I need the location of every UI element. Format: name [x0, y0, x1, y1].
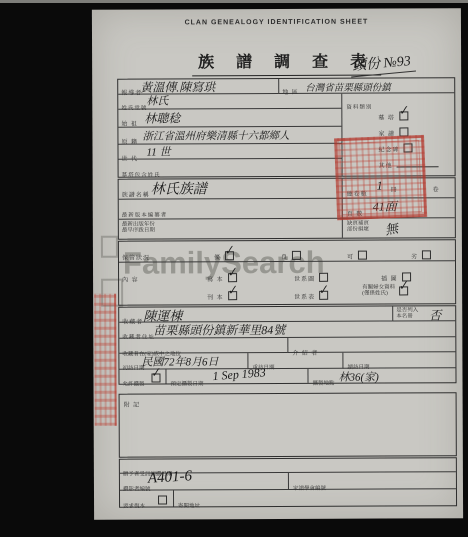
check-mark-icon: ✓: [222, 242, 235, 259]
preface-date-label: 最早序跋日期: [122, 227, 342, 234]
condition-row: 保管狀況 優 ✓ 良 ✓ 可 ✓ 劣 ✓: [119, 240, 455, 262]
film-place-cell: 攝製地點 林36(家): [307, 368, 455, 383]
good-checkbox: ✓: [292, 251, 301, 260]
content-pedigree-table: 世系表 ✓: [294, 286, 328, 304]
check-mark-icon: ✓: [225, 264, 238, 281]
women-data-checkbox: ✓: [399, 286, 408, 295]
scan-edge-artifact: [0, 0, 468, 3]
excellent-checkbox: ✓: [225, 251, 234, 260]
genealogy-title-value: 林氏族譜: [151, 178, 207, 198]
scanned-microfilm-frame: { "header": { "english_title": "CLAN GEN…: [0, 0, 468, 537]
category-label: 資料類別: [346, 105, 372, 111]
introducer-cell: 介 紹 者: [287, 337, 455, 353]
watermark-logo-fragment: [101, 236, 118, 258]
remarks-box: 附 記: [119, 392, 457, 457]
address-cell: 收藏者住址 苗栗縣頭份鎮新華里84號: [119, 321, 455, 338]
permission-cell: 允許攝製 ✓: [119, 369, 165, 383]
surname-cell: 姓氏堂號 林氏: [118, 94, 341, 110]
title-cell: 族譜名稱 林氏族譜: [119, 179, 342, 200]
red-seal-stamp-right: [334, 135, 427, 220]
photographer-value: A401-6: [147, 468, 192, 487]
printed-checkbox: ✓: [228, 291, 237, 300]
serial-number: 頭份 №93: [349, 50, 415, 78]
copy-request-cell: 要求復本 ✓: [120, 490, 173, 506]
pedigree-chart-checkbox: ✓: [319, 273, 328, 282]
condition-content-table: 保管狀況 優 ✓ 良 ✓ 可 ✓ 劣 ✓ 內 容 寫 本 ✓: [118, 239, 456, 305]
generation-value: 11 世: [146, 143, 170, 159]
film-date-cell: 預定攝製日期 1 Sep 1983: [165, 369, 307, 384]
damage-label: 部份損壞: [347, 226, 455, 232]
compiler-label: 最新版本編纂者: [122, 212, 168, 218]
genealogy-title-label: 族譜名稱: [122, 193, 150, 199]
compiler-cell: 最新版本編纂者: [119, 199, 342, 220]
society-number-cell: 家譜學會編號: [288, 472, 456, 490]
publication-cell: 最新出版年份 最早序跋日期: [119, 219, 342, 239]
tomb-surnames-cell: 墓塔包含姓氏: [119, 159, 342, 177]
film-place-label: 攝製地點: [313, 381, 335, 387]
manuscript-checkbox: ✓: [228, 273, 237, 282]
copy-request-checkbox: ✓: [158, 495, 167, 504]
photographer-cell: 攝影者編號 A401-6: [120, 473, 288, 491]
film-date-value: 1 Sep 1983: [212, 365, 266, 384]
area-value: 台灣省苗栗縣頭份鎮: [305, 80, 391, 94]
content-women-data: 有關婦女資料 (僅係姓氏) ✓: [362, 281, 408, 299]
origin-cell: 原 籍 浙江省溫州府樂清縣十六都鄉人: [118, 127, 341, 145]
ancestor-value: 林聰稔: [144, 109, 180, 126]
check-mark-icon: ✓: [396, 102, 409, 119]
listed-label-2: 本名冊: [396, 313, 418, 319]
tomb-checkbox: ✓: [399, 111, 408, 120]
position-cell: 收藏者在(家)族中之地位: [119, 338, 287, 354]
form-paper: CLAN GENEALOGY IDENTIFICATION SHEET 族 譜 …: [92, 8, 463, 520]
film-place-value: 林36(家): [338, 369, 378, 385]
fair-checkbox: ✓: [358, 250, 367, 259]
content-label: 內 容: [122, 278, 139, 284]
collector-table: 收藏者 陳運棟 是否列入 本名冊 否 收藏者住址 苗栗縣頭份鎮新華里84號 收藏…: [118, 305, 456, 384]
permission-label: 允許攝製: [123, 382, 145, 388]
poor-checkbox: ✓: [422, 250, 431, 259]
surname-value: 林氏: [146, 92, 168, 108]
content-row: 內 容 寫 本 ✓ 世系圖 ✓ 插 圖 ✓ 刊 本 ✓ 世系表 ✓: [119, 261, 455, 304]
generation-cell: 世 代 11 世: [118, 144, 341, 160]
remarks-label: 附 記: [124, 400, 141, 409]
ancestor-cell: 始 祖 林聰稔: [118, 109, 341, 128]
volume-unit-juan: 卷: [433, 184, 440, 193]
origin-value: 浙江省溫州府樂清縣十六都鄉人: [142, 128, 289, 144]
condition-label: 保管狀況: [122, 256, 150, 262]
area-cell: 地 區 台灣省苗栗縣頭份鎮: [278, 78, 454, 94]
red-seal-stamp-left-fragment: [94, 294, 117, 426]
content-printed: 刊 本 ✓: [207, 286, 237, 304]
listed-cell: 是否列入 本名冊 否: [392, 306, 455, 321]
reporter-cell: 報導者 黃溫傳.陳寫珙: [118, 79, 278, 95]
mail-address-label: 寄閱地址: [178, 503, 200, 509]
followup-visit-cell: 續訪日期: [342, 352, 455, 368]
pedigree-table-checkbox: ✓: [319, 291, 328, 300]
permission-checkbox: ✓: [151, 374, 160, 383]
footer-table: 贈予者受訊縮攝日期 攝影者編號 A401-6 家譜學會編號 要求復本 ✓ 寄閱地…: [119, 457, 457, 507]
mail-address-cell: 寄閱地址: [173, 489, 456, 506]
english-header: CLAN GENEALOGY IDENTIFICATION SHEET: [92, 18, 461, 27]
copy-request-label: 要求復本: [123, 504, 145, 510]
film-date-label: 預定攝製日期: [171, 381, 204, 387]
address-value: 苗栗縣頭份鎮新華里84號: [153, 321, 285, 339]
missing-pages-cell: 缺頁補頁 部份損壞 無: [342, 218, 455, 237]
